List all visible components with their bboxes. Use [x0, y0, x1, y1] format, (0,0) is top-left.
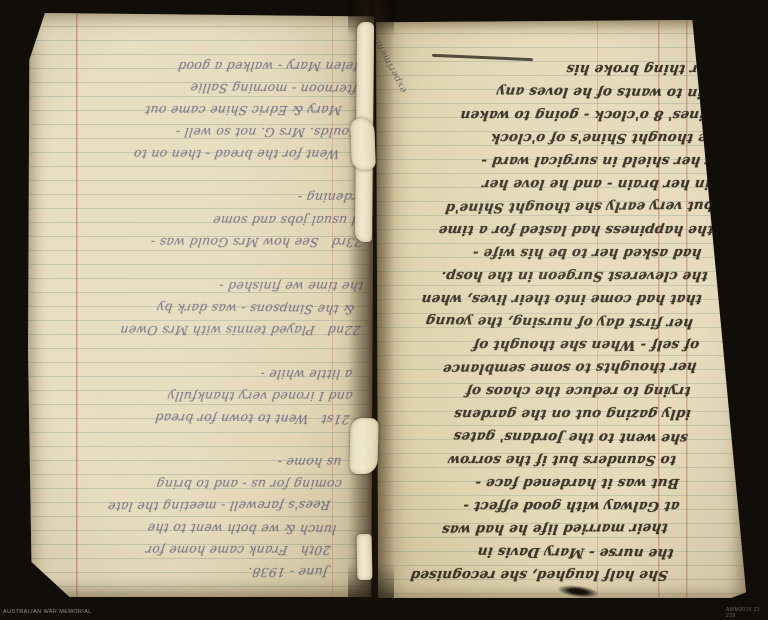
handwriting-line: She half laughed, she recognised	[376, 563, 672, 586]
handwriting-line: 23rd See how Mrs Gould was -	[50, 231, 373, 253]
handwriting-line: her first day of nursing, the young	[391, 309, 704, 335]
handwriting-line: But was it hardened face -	[376, 471, 684, 494]
handwriting-line: that had come into their lives, when	[393, 287, 706, 310]
handwriting-line: but very early she thought Shine'd	[405, 194, 718, 219]
handwriting-line: us home -	[28, 451, 346, 473]
handwriting-line: gardening -	[55, 186, 374, 211]
handwriting-line: had asked her to be his wife -	[399, 241, 712, 264]
handwriting-line: 22nd Played tennis with Mrs Owen	[39, 319, 362, 341]
handwriting-line: and I ironed very thankfully	[31, 385, 354, 407]
left-page-handwriting: 20th Frank came home forlunch & we both …	[28, 55, 374, 561]
handwriting-line: the afternoon - morning Sallie	[69, 76, 374, 101]
handwriting-line: the time we finished -	[45, 275, 368, 297]
handwriting-line: Shines' 8 o'clock - going to waken	[416, 103, 729, 126]
handwriting-line: and Helen Mary - walked a good	[72, 55, 374, 77]
handwriting-line: the happiness had lasted for a time	[402, 218, 715, 241]
handwriting-line: or her shield in surgical ward -	[410, 149, 723, 172]
handwriting-line: 21st Went to town for bread	[29, 406, 352, 431]
handwriting-line: she went to the Jordans' gates	[377, 424, 690, 450]
reference-label: AWM2016 22 239	[726, 607, 768, 619]
right-page-handwriting: She half laughed, she recognisedthe nurs…	[376, 57, 734, 586]
handwriting-line: Rees's farewell - meeting the late	[28, 494, 340, 519]
handwriting-line: 20th Frank came home for	[28, 539, 335, 561]
handwriting-line: 24th Went for the bread - then on to	[61, 143, 374, 165]
handwriting-line: their married life he had was	[376, 516, 678, 541]
handwriting-line	[28, 429, 348, 451]
handwriting-line: trying to reduce the chaos of	[382, 379, 695, 402]
handwriting-line: a little while -	[34, 363, 357, 385]
handwriting-line: lunch & we both went to the	[28, 516, 338, 541]
handwriting-line: never thing broke his	[422, 57, 735, 80]
handwriting-line: & the Simpsons - was dark by	[42, 296, 365, 321]
handwriting-line	[47, 253, 370, 275]
handwriting-line: idly gazing out on the gardens	[379, 402, 692, 425]
handwriting-line: 25th Mary & Edric Shine came out	[66, 99, 374, 121]
diary-date-heading: June - 1938.	[28, 561, 332, 583]
handwriting-line: her thoughts to some semblance	[385, 355, 698, 380]
handwriting-line: she thought Shine's of o'clock	[413, 126, 726, 149]
handwriting-line: the nurse - Mary Davis in	[376, 539, 675, 565]
handwriting-line: the cleverest Surgeon in the hosp.	[396, 264, 709, 287]
handwriting-line: in her brain - and he love her	[408, 172, 721, 195]
handwriting-line	[37, 340, 360, 365]
diary-right-page: She half laughed, she recognisedthe nurs…	[376, 20, 746, 598]
credit-label: AUSTRALIAN WAR MEMORIAL	[3, 609, 92, 615]
handwriting-line: again to wants of he loves any	[419, 79, 732, 105]
handwriting-line: coming for us - and to bring	[28, 473, 343, 495]
diary-left-page: June - 1938. 20th Frank came home forlun…	[28, 13, 374, 597]
handwriting-line	[58, 165, 374, 187]
handwriting-line: to Saunders but if the sorrow	[376, 448, 686, 471]
handwriting-line: Did usual jobs and some	[53, 209, 374, 231]
scanned-diary-photo: June - 1938. 20th Frank came home forlun…	[0, 0, 768, 620]
handwriting-line: at Galway with good effect -	[376, 494, 681, 517]
handwriting-line: of self - When she thought of	[388, 333, 701, 356]
handwriting-line: the Goulds. Mrs G. not so well -	[64, 121, 374, 143]
